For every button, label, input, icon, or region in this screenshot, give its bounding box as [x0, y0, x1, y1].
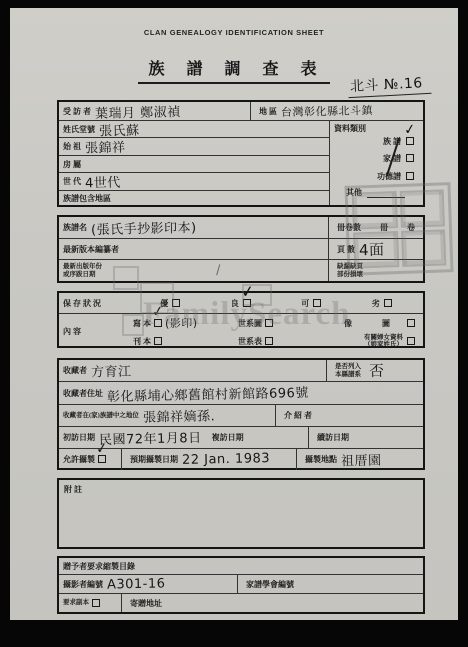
introducer-label: 介 紹 者 — [284, 411, 312, 420]
manuscript-option-label: 寫 本 — [133, 319, 151, 328]
revisit-label: 複訪日期 — [212, 433, 244, 442]
condition-excellent-checkbox — [172, 294, 180, 312]
publication-year-label-line2: 或序跋日期 — [63, 271, 102, 279]
interviewee-label: 受 訪 者 — [63, 107, 91, 116]
generations-label: 世 代 — [63, 177, 81, 186]
owner-position-value: 張錦祥嫡孫. — [143, 405, 216, 426]
checkbox — [406, 154, 414, 162]
family-register-checkbox — [406, 149, 414, 167]
condition-poor-checkbox — [384, 294, 392, 312]
mailing-address-label: 寄贈地址 — [130, 599, 162, 608]
lineage-chart-option-label: 世系圖 — [238, 319, 262, 328]
notes-label: 附 註 — [59, 480, 423, 494]
checkbox — [154, 337, 162, 345]
followup-visit-label: 續訪日期 — [317, 433, 349, 442]
checkbox — [407, 337, 415, 345]
coverage-area-label: 族譜包含地區 — [63, 194, 111, 203]
divider — [328, 217, 329, 238]
checkmark: ✓ — [95, 440, 109, 457]
other-fill-line — [367, 188, 405, 198]
other-option-label: 其他 — [346, 188, 362, 197]
missing-pages-label-line1: 缺漏缺頁 — [337, 263, 363, 271]
expected-filming-date-label: 預期攝製日期 — [130, 455, 178, 464]
listed-label-line1: 是否列入 — [335, 363, 361, 371]
portrait-checkbox — [407, 314, 415, 332]
divider — [275, 405, 276, 426]
missing-pages-label: 缺漏缺頁 部份損壞 — [337, 263, 363, 278]
owner-label: 收藏者 — [63, 366, 87, 375]
checkbox — [313, 299, 321, 307]
volume-count-label: 冊卷數 — [337, 223, 361, 232]
genealogy-title-label: 族譜名 — [63, 223, 87, 232]
volume-unit-juan: 卷 — [407, 223, 415, 232]
missing-pages-label-line2: 部份損壞 — [337, 271, 363, 279]
checkbox — [407, 319, 415, 327]
checkmark: ✓ — [239, 281, 255, 302]
copy-request-checkbox — [92, 594, 100, 612]
sheet-title-english: CLAN GENEALOGY IDENTIFICATION SHEET — [10, 28, 458, 37]
survey-sheet: CLAN GENEALOGY IDENTIFICATION SHEET 族 譜 … — [10, 8, 458, 620]
manuscript-checkbox-checked: ✓ — [154, 314, 162, 332]
filming-permission-label: 允許攝製 — [63, 455, 95, 464]
condition-poor-label: 劣 — [372, 299, 380, 308]
filming-location-value: 祖厝園 — [341, 450, 382, 470]
divider — [121, 449, 122, 470]
first-ancestor-label: 始 祖 — [63, 142, 81, 151]
compiler-label: 最新版本編纂者 — [63, 245, 119, 254]
women-data-label-line1: 有關婦女資料 — [364, 334, 403, 342]
photographer-number-label: 攝影者編號 — [63, 580, 103, 589]
portrait-option-label: 像 圖 — [344, 319, 404, 328]
women-data-checkbox — [407, 332, 415, 350]
area-value: 台灣彰化縣北斗鎮 — [281, 102, 373, 120]
first-visit-label: 初訪日期 — [63, 433, 95, 442]
owner-position-label: 收藏者在(家)族譜中之地位 — [63, 412, 139, 420]
photographer-number-value: A301-16 — [107, 576, 166, 592]
interviewee-value: 葉瑞月 鄭淑禎 — [95, 101, 181, 122]
owner-value: 方育江 — [91, 361, 132, 381]
publication-year-label-line1: 最新出版年份 — [63, 263, 102, 271]
lineage-table-checkbox — [265, 332, 273, 350]
divider — [237, 575, 238, 593]
owner-address-label: 收藏者住址 — [63, 389, 103, 398]
divider — [326, 360, 327, 381]
condition-content-table: 保 存 狀 況 優 良✓ 可 劣 內 容 寫 本✓(影印) 世系圖 像 圖 刊 … — [57, 291, 425, 348]
identification-table: 受 訪 者 葉瑞月 鄭淑禎 地 區 台灣彰化縣北斗鎮 姓氏堂號 張氏蘇 始 — [57, 100, 425, 207]
genealogy-title-value: (張氏手抄影印本) — [91, 217, 197, 238]
volume-unit-ce: 冊 — [380, 223, 388, 232]
owner-address-value: 彰化縣埔心鄉舊館村新館路696號 — [107, 381, 309, 404]
branch-label: 房 屬 — [63, 160, 81, 169]
women-data-label-line2: （娘家姓氏） — [364, 341, 403, 349]
checkbox — [384, 299, 392, 307]
condition-good-label: 良 — [231, 299, 239, 308]
checkbox — [92, 599, 100, 607]
listed-in-county-label: 是否列入 本縣譜系 — [335, 363, 361, 378]
donation-request-label: 贈予者要求縮製目錄 — [63, 562, 135, 571]
microfilm-frame: CLAN GENEALOGY IDENTIFICATION SHEET 族 譜 … — [0, 0, 468, 647]
printed-option-label: 刊 本 — [133, 337, 151, 346]
condition-fair-label: 可 — [301, 299, 309, 308]
society-number-label: 家譜學會編號 — [246, 580, 294, 589]
area-label: 地 區 — [259, 107, 277, 116]
page-count-value: 4面 — [359, 238, 385, 260]
sheet-title-text: 族 譜 調 查 表 — [138, 56, 329, 84]
owner-table: 收藏者 方育江 是否列入 本縣譜系 否 收藏者住址 彰化縣埔心鄉舊館村新館路69… — [57, 358, 425, 470]
filming-permission-checkbox-checked: ✓ — [98, 451, 106, 469]
condition-label: 保 存 狀 況 — [63, 299, 129, 308]
checkbox — [172, 299, 180, 307]
listed-label-line2: 本縣譜系 — [335, 371, 361, 379]
expected-filming-date-value: 22 Jan. 1983 — [182, 451, 270, 468]
divider — [250, 102, 251, 120]
checkbox — [406, 172, 414, 180]
notes-table: 附 註 — [57, 478, 425, 549]
checkmark: ✓ — [151, 303, 165, 320]
merit-register-checkbox — [406, 167, 414, 185]
printed-checkbox — [154, 332, 162, 350]
first-ancestor-value: 張錦祥 — [85, 137, 126, 157]
page-reference-handwritten: 北斗 №.16 — [347, 72, 431, 98]
volume-info-table: 族譜名 (張氏手抄影印本) 冊卷數 冊 卷 最新版本編纂者 頁 數 — [57, 215, 425, 283]
condition-good-checkbox-checked: ✓ — [243, 294, 251, 312]
content-label: 內 容 — [63, 327, 129, 336]
divider — [328, 239, 329, 259]
checkbox — [265, 319, 273, 327]
merit-register-option-label: 功德譜 — [377, 172, 401, 181]
checkbox — [265, 337, 273, 345]
women-data-option-label: 有關婦女資料 （娘家姓氏） — [364, 334, 403, 349]
lineage-chart-checkbox — [265, 314, 273, 332]
divider — [121, 594, 122, 612]
first-visit-value: 民國72年1月8日 — [99, 427, 202, 448]
divider — [296, 449, 297, 470]
lineage-table-option-label: 世系表 — [238, 337, 262, 346]
generations-value: 4世代 — [85, 172, 121, 192]
genealogy-checkbox-checked: ✓ — [406, 132, 414, 150]
checkmark: ✓ — [403, 121, 417, 138]
publication-year-label: 最新出版年份 或序跋日期 — [63, 263, 102, 278]
manuscript-note: (影印) — [165, 315, 198, 332]
divider — [308, 427, 309, 448]
numbering-table: 贈予者要求縮製目錄 攝影者編號 A301-16 家譜學會編號 要求副本 — [57, 556, 425, 614]
listed-answer: 否 — [369, 360, 385, 381]
copy-request-label: 要求副本 — [63, 599, 89, 607]
page-count-label: 頁 數 — [337, 245, 355, 254]
surname-hall-label: 姓氏堂號 — [63, 125, 95, 134]
filming-location-label: 攝製地點 — [305, 455, 337, 464]
publication-year-mark: / — [216, 263, 221, 278]
condition-fair-checkbox — [313, 294, 321, 312]
divider — [328, 260, 329, 281]
